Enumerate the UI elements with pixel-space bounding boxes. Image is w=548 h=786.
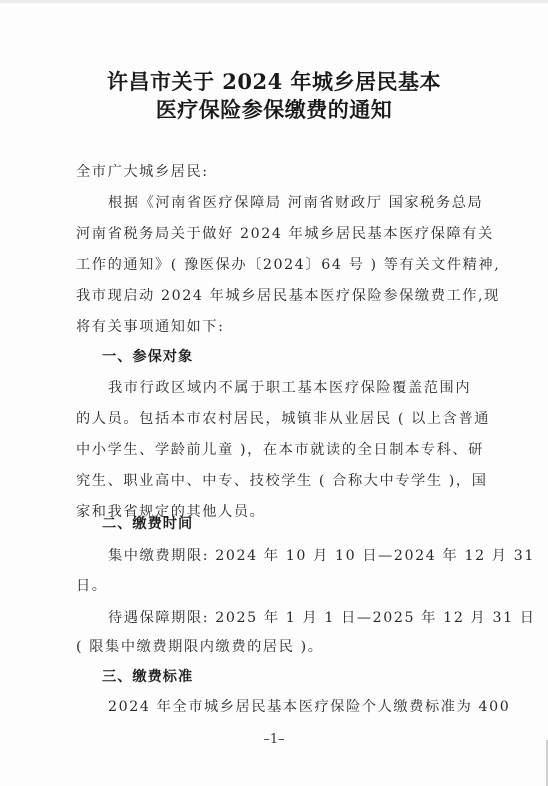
section-1-line-2: 的人员。包括本市农村居民，城镇非从业居民 ( 以上含普通 [76,409,476,429]
section-heading-1: 一、参保对象 [102,347,193,367]
intro-line-1: 根据《河南省医疗保障局 河南省财政厅 国家税务总局 [108,193,478,213]
section-2-line-2: 日。 [76,576,476,596]
intro-line-4: 我市现启动 2024 年城乡居民基本医疗保险参保缴费工作,现 [76,286,476,306]
section-heading-3: 三、缴费标准 [102,667,193,687]
salutation: 全市广大城乡居民: [76,162,476,182]
document-page: 许昌市关于 2024 年城乡居民基本 医疗保险参保缴费的通知 全市广大城乡居民:… [0,0,548,786]
section-heading-2: 二、缴费时间 [102,514,193,534]
document-title-line-2: 医疗保险参保缴费的通知 [0,94,548,124]
intro-line-5: 将有关事项通知如下: [76,317,476,337]
section-3-line-1: 2024 年全市城乡居民基本医疗保险个人缴费标准为 400 [108,697,478,717]
section-2-line-4: ( 限集中缴费期限内缴费的居民 )。 [76,637,476,657]
section-1-line-3: 中小学生、学龄前儿童 )，在本市就读的全日制本专科、研 [76,440,476,460]
page-number: –1– [0,732,548,747]
section-1-line-4: 究生、职业高中、中专、技校学生 ( 合称大中专学生 )，国 [76,471,476,491]
intro-line-3: 工作的通知》( 豫医保办〔2024〕64 号 ) 等有关文件精神, [76,255,476,275]
section-2-line-1: 集中缴费期限: 2024 年 10 月 10 日—2024 年 12 月 31 [108,546,478,566]
section-2-line-3: 待遇保障期限: 2025 年 1 月 1 日—2025 年 12 月 31 日 [108,608,478,628]
section-1-line-1: 我市行政区域内不属于职工基本医疗保险覆盖范围内 [108,378,478,398]
page-top-edge [0,0,548,3]
document-title-line-1: 许昌市关于 2024 年城乡居民基本 [0,66,548,96]
intro-line-2: 河南省税务局关于做好 2024 年城乡居民基本医疗保障有关 [76,224,476,244]
